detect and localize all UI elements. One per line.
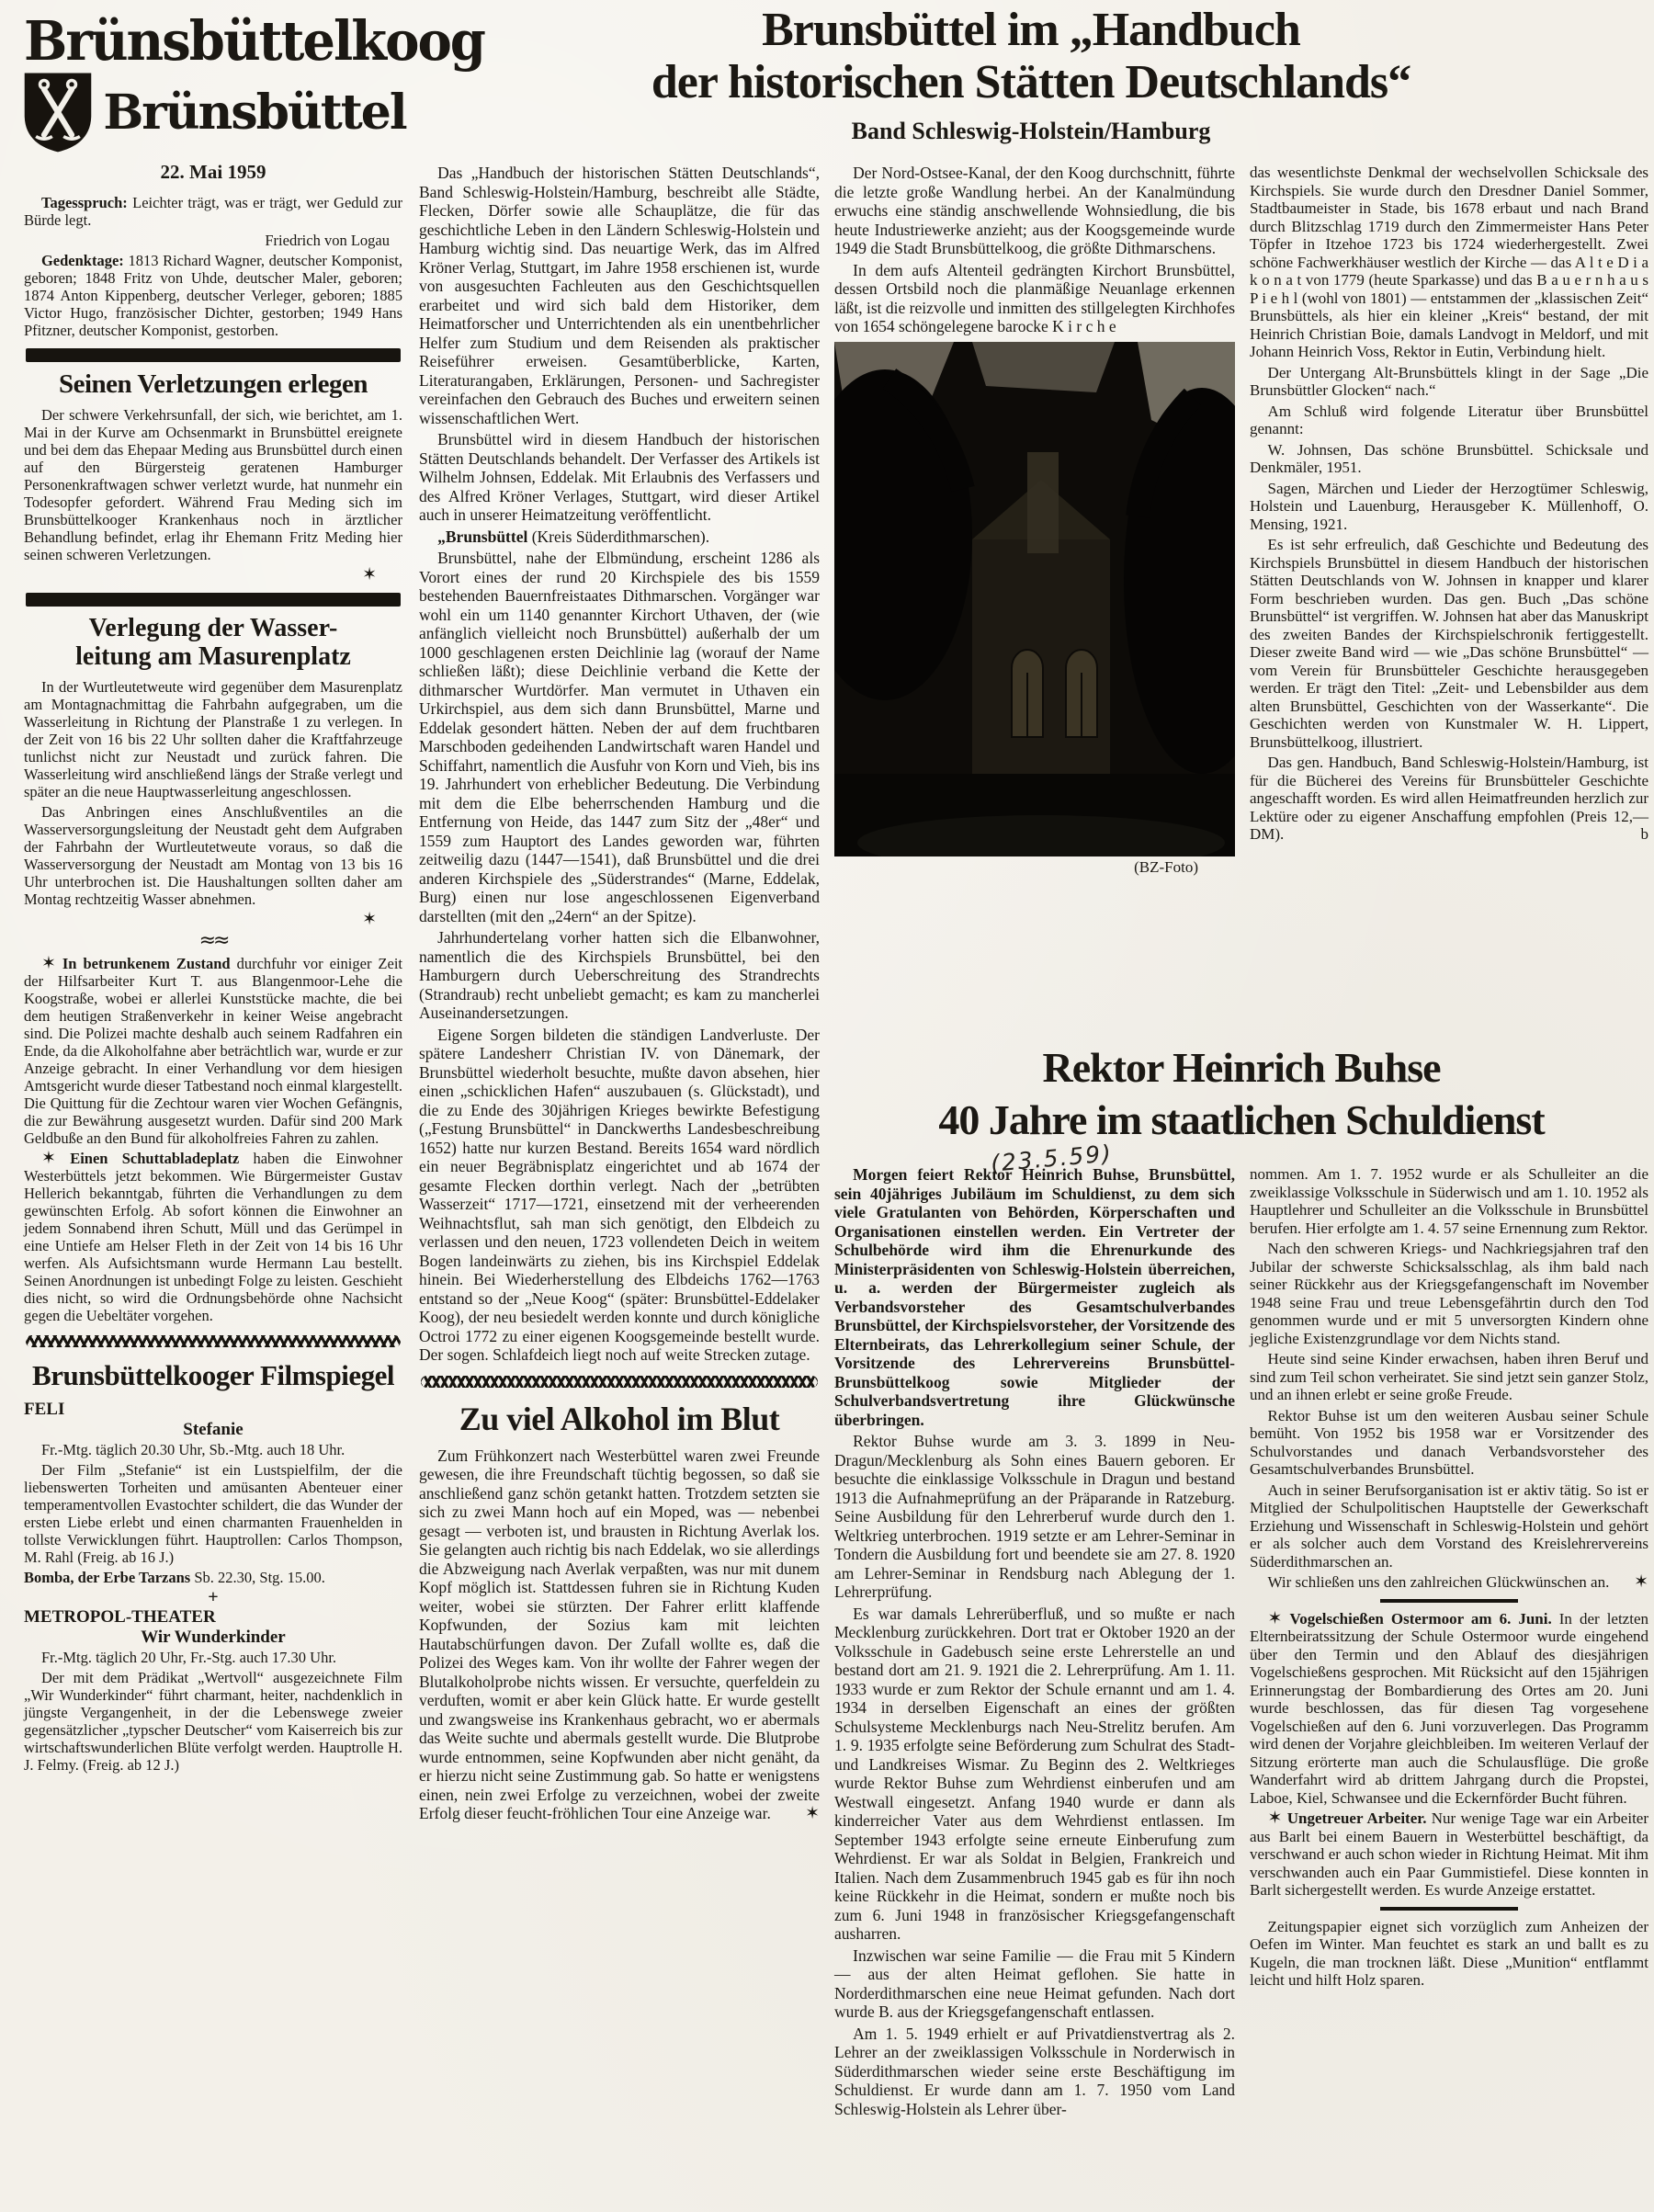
tip-zeitungspapier: Zeitungspapier eignet sich vorzüglich zu… (1250, 1918, 1648, 1990)
buhse-paragraph: Heute sind seine Kinder erwachsen, haben… (1250, 1350, 1648, 1404)
buhse-closing: Wir schließen uns den zahlreichen Glückw… (1250, 1573, 1648, 1592)
newspaper-page: Brunsbüttel im „Handbuch der historische… (0, 0, 1654, 2212)
buhse-paragraph: Am 1. 5. 1949 erhielt er auf Privatdiens… (834, 2025, 1235, 2119)
filmspiegel-headline: Brunsbüttelkooger Filmspiegel (24, 1360, 402, 1391)
handbuch-paragraph: das wesentlichste Denkmal der wechselvol… (1250, 164, 1648, 361)
cinema-name-metropol: METROPOL-THEATER (24, 1608, 402, 1626)
handbuch-paragraph: Das „Handbuch der historischen Stätten D… (419, 164, 820, 427)
handbuch-literature-item: W. Johnsen, Das schöne Brunsbüttel. Schi… (1250, 441, 1648, 477)
film-title-bomba: Bomba, der Erbe Tarzans Sb. 22.30, Stg. … (24, 1569, 402, 1586)
tagesspruch-label: Tagesspruch: (41, 194, 128, 211)
headline-subhead: Band Schleswig-Holstein/Hamburg (413, 118, 1648, 145)
tagesspruch-author: Friedrich von Logau (24, 232, 402, 249)
film-title-wunderkinder: Wir Wunderkinder (24, 1628, 402, 1646)
buhse-paragraph: Nach den schweren Kriegs- und Nachkriegs… (1250, 1240, 1648, 1347)
news-item-betrunken: ✶ In betrunkenem Zustand durchfuhr vor e… (24, 955, 402, 1147)
handbuch-zwischenkopf: „Brunsbüttel (Kreis Süderdithmarschen). (419, 527, 820, 547)
handbuch-paragraph: In dem aufs Altenteil gedrängten Kirchor… (834, 261, 1235, 336)
plus-divider-icon: + (24, 1589, 402, 1606)
column-3-upper: Der Nord-Ostsee-Kanal, der den Koog durc… (834, 164, 1235, 880)
thick-rule (26, 593, 401, 607)
thick-rule (26, 348, 401, 362)
tagesspruch: Tagesspruch: Leichter trägt, was er träg… (24, 194, 402, 229)
church-photo (834, 342, 1235, 856)
news-item-vogelschiessen: ✶ Vogelschießen Ostermoor am 6. Juni. In… (1250, 1610, 1648, 1808)
handbuch-paragraph: Das gen. Handbuch, Band Schleswig-Holste… (1250, 754, 1648, 844)
star-icon: ✶ (1268, 1608, 1283, 1628)
handbuch-paragraph: Jahrhundertelang vorher hatten sich die … (419, 928, 820, 1023)
braided-divider (421, 1376, 818, 1388)
gedenktage-label: Gedenktage: (41, 252, 124, 269)
news-item-lead: Einen Schuttabladeplatz (70, 1150, 239, 1167)
column-4-lower: nommen. Am 1. 7. 1952 wurde er als Schul… (1250, 1165, 1648, 1992)
news-item-lead: Vogelschießen Ostermoor am 6. Juni. (1290, 1610, 1552, 1628)
buhse-paragraph: Rektor Buhse wurde am 3. 3. 1899 in Neu-… (834, 1432, 1235, 1602)
film-showtimes: Fr.-Mtg. täglich 20.30 Uhr, Sb.-Mtg. auc… (24, 1441, 402, 1458)
wasserleitung-headline: Verlegung der Wasser- leitung am Masuren… (24, 614, 402, 671)
handbuch-paragraph: Brunsbüttel, nahe der Elbmündung, ersche… (419, 549, 820, 925)
handbuch-paragraph: Brunsbüttel wird in diesem Handbuch der … (419, 430, 820, 525)
film-showtimes: Fr.-Mtg. täglich 20 Uhr, Fr.-Stg. auch 1… (24, 1649, 402, 1666)
alkohol-headline: Zu viel Alkohol im Blut (419, 1401, 820, 1437)
handbuch-paragraph: Der Nord-Ostsee-Kanal, der den Koog durc… (834, 164, 1235, 258)
star-icon: ✶ (1616, 1573, 1648, 1592)
crest-crossed-anchors-icon (20, 70, 96, 154)
photo-caption: (BZ-Foto) (834, 858, 1235, 878)
buhse-article-headline: Rektor Heinrich Buhse 40 Jahre im staatl… (834, 1042, 1648, 1147)
film-description: Der mit dem Prädikat „Wertvoll“ ausgezei… (24, 1669, 402, 1774)
film-description: Der Film „Stefanie“ ist ein Lustspielfil… (24, 1461, 402, 1566)
headline-line2: 40 Jahre im staatlichen Schuldienst (834, 1094, 1648, 1147)
column-1: Brünsbüttelkoog (24, 15, 402, 1776)
unfall-body: Der schwere Verkehrsunfall, der sich, wi… (24, 406, 402, 563)
buhse-paragraph: Auch in seiner Berufsorganisation ist er… (1250, 1481, 1648, 1571)
column-2: Das „Handbuch der historischen Stätten D… (419, 164, 820, 1826)
gedenktage: Gedenktage: 1813 Richard Wagner, deutsch… (24, 252, 402, 339)
star-icon: ✶ (41, 1148, 56, 1168)
alkohol-body: Zum Frühkonzert nach Westerbüttel waren … (419, 1446, 820, 1823)
handbuch-paragraph: Eigene Sorgen bildeten die ständigen Lan… (419, 1026, 820, 1365)
short-rule (1380, 1599, 1518, 1603)
buhse-paragraph: nommen. Am 1. 7. 1952 wurde er als Schul… (1250, 1165, 1648, 1237)
star-icon: ✶ (24, 566, 402, 584)
news-item-ungetreuer-arbeiter: ✶ Ungetreuer Arbeiter. Nur wenige Tage w… (1250, 1809, 1648, 1900)
headline-line2: der historischen Stätten Deutschlands“ (413, 56, 1648, 108)
cinema-name-feli: FELI (24, 1401, 402, 1418)
braided-divider (26, 1335, 401, 1347)
handbuch-paragraph: Am Schluß wird folgende Literatur über B… (1250, 403, 1648, 438)
handbuch-literature-item: Sagen, Märchen und Lieder der Herzogtüme… (1250, 480, 1648, 534)
star-icon: ✶ (1268, 1808, 1283, 1828)
handbuch-paragraph: Der Untergang Alt-Brunsbüttels klingt in… (1250, 364, 1648, 400)
film-title-stefanie: Stefanie (24, 1421, 402, 1438)
issue-date: 22. Mai 1959 (24, 164, 402, 181)
column-4-upper: das wesentlichste Denkmal der wechselvol… (1250, 164, 1648, 846)
handbuch-paragraph: Es ist sehr erfreulich, daß Geschichte u… (1250, 536, 1648, 751)
handbuch-article-headline: Brunsbüttel im „Handbuch der historische… (413, 4, 1648, 145)
masthead-title-line1: Brünsbüttelkoog (24, 14, 402, 70)
buhse-paragraph: Rektor Buhse ist um den weiteren Ausbau … (1250, 1407, 1648, 1479)
news-item-schuttabladeplatz: ✶ Einen Schuttabladeplatz haben die Einw… (24, 1150, 402, 1324)
author-signature: b (1623, 825, 1648, 844)
news-item-lead: Ungetreuer Arbeiter. (1287, 1809, 1427, 1827)
headline-line1: Brunsbüttel im „Handbuch (413, 4, 1648, 56)
wasserleitung-p2: Das Anbringen eines Anschlußventiles an … (24, 803, 402, 908)
unfall-headline: Seinen Verletzungen erlegen (24, 369, 402, 399)
buhse-paragraph: Inzwischen war seine Familie — die Frau … (834, 1946, 1235, 2022)
short-rule (1380, 1907, 1518, 1911)
wasserleitung-p1: In der Wurtleutetweute wird gegenüber de… (24, 678, 402, 800)
news-item-lead: In betrunkenem Zustand (62, 955, 231, 972)
star-icon: ✶ (41, 953, 56, 973)
column-3-lower: Morgen feiert Rektor Heinrich Buhse, Bru… (834, 1165, 1235, 2121)
headline-line1: Rektor Heinrich Buhse (834, 1042, 1648, 1094)
masthead-title-line2: Brünsbüttel (103, 104, 405, 121)
star-icon: ✶ (787, 1804, 820, 1823)
masthead: Brünsbüttelkoog (24, 15, 402, 181)
star-icon: ✶ (24, 911, 402, 928)
buhse-lead: Morgen feiert Rektor Heinrich Buhse, Bru… (834, 1165, 1235, 1429)
buhse-paragraph: Es war damals Lehrerüberfluß, und so muß… (834, 1605, 1235, 1944)
wave-divider-icon: ≈≈ (24, 932, 402, 949)
